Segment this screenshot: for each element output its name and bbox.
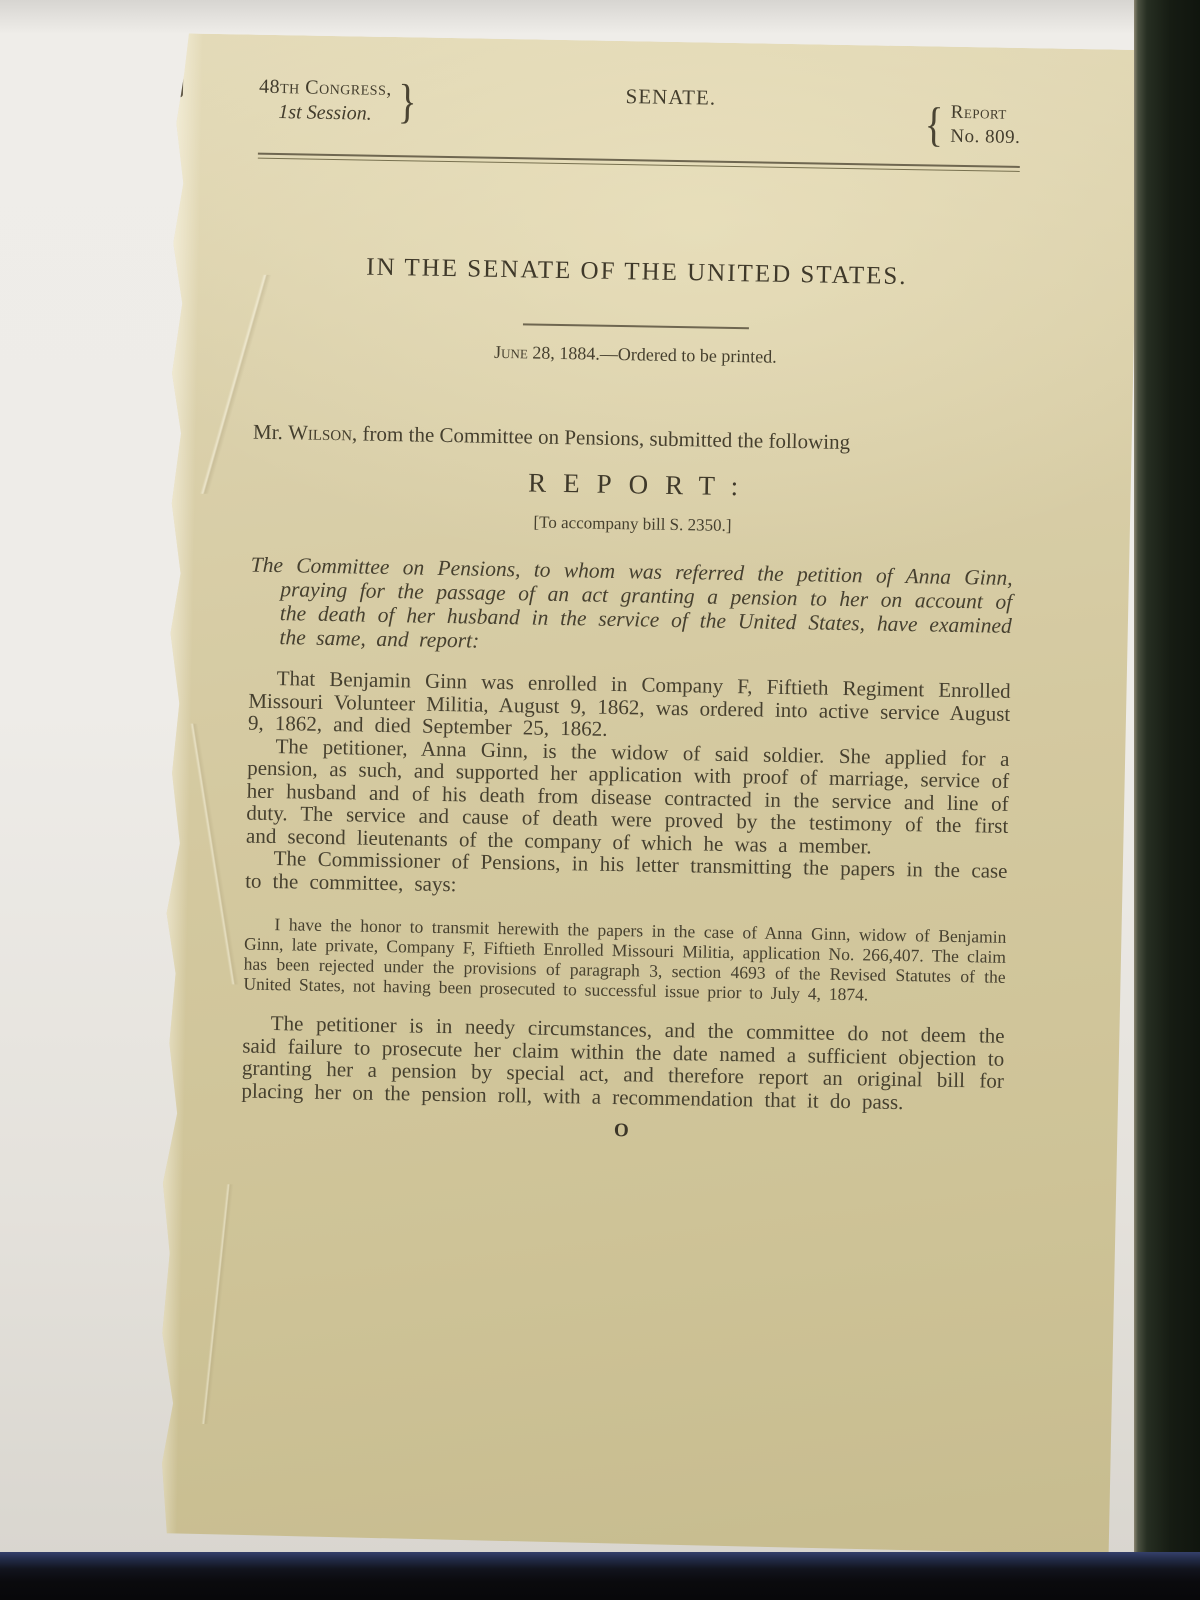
submitted-prefix: Mr. bbox=[253, 420, 288, 445]
bottom-dark-band bbox=[0, 1552, 1200, 1600]
accompany-line: [To accompany bill S. 2350.] bbox=[251, 507, 1013, 542]
congress-session-block: 48th Congress, 1st Session. bbox=[258, 75, 392, 127]
photo-backdrop: 48th Congress, 1st Session. } SENATE. { … bbox=[0, 0, 1200, 1600]
closing-paragraph: The petitioner is in needy circumstances… bbox=[241, 1012, 1004, 1115]
senate-title: IN THE SENATE OF THE UNITED STATES. bbox=[256, 251, 1018, 294]
body-paragraph: The petitioner, Anna Ginn, is the widow … bbox=[246, 734, 1010, 860]
report-number: No. 809. bbox=[950, 125, 1020, 150]
congress-label: 48th Congress, bbox=[259, 75, 392, 102]
right-brace: { bbox=[924, 100, 943, 150]
document-page: 48th Congress, 1st Session. } SENATE. { … bbox=[241, 35, 1022, 1149]
end-ornament: O bbox=[241, 1114, 1003, 1149]
document-paper: 48th Congress, 1st Session. } SENATE. { … bbox=[137, 33, 1140, 1555]
committee-resolution: The Committee on Pensions, to whom was r… bbox=[249, 553, 1013, 662]
session-label: 1st Session. bbox=[258, 100, 391, 127]
chamber-label: SENATE. bbox=[419, 80, 923, 114]
report-label: Report bbox=[951, 101, 1021, 126]
title-rule bbox=[523, 323, 749, 329]
report-number-block: { Report No. 809. bbox=[922, 100, 1021, 152]
date-month: June bbox=[494, 342, 528, 363]
report-header: 48th Congress, 1st Session. } SENATE. { … bbox=[258, 75, 1021, 152]
left-brace: } bbox=[397, 77, 416, 127]
right-dark-band bbox=[1134, 0, 1200, 1600]
date-rest: 28, 1884.—Ordered to be printed. bbox=[528, 342, 777, 366]
header-rule bbox=[258, 153, 1020, 172]
submitted-line: Mr. Wilson, from the Committee on Pensio… bbox=[253, 419, 1015, 458]
letter-extract: I have the honor to transmit herewith th… bbox=[243, 914, 1006, 1007]
submitted-rest: , from the Committee on Pensions, submit… bbox=[352, 421, 850, 454]
report-heading: REPORT: bbox=[252, 461, 1014, 508]
date-line: June 28, 1884.—Ordered to be printed. bbox=[254, 337, 1016, 372]
submitter-name: Wilson bbox=[288, 420, 352, 445]
